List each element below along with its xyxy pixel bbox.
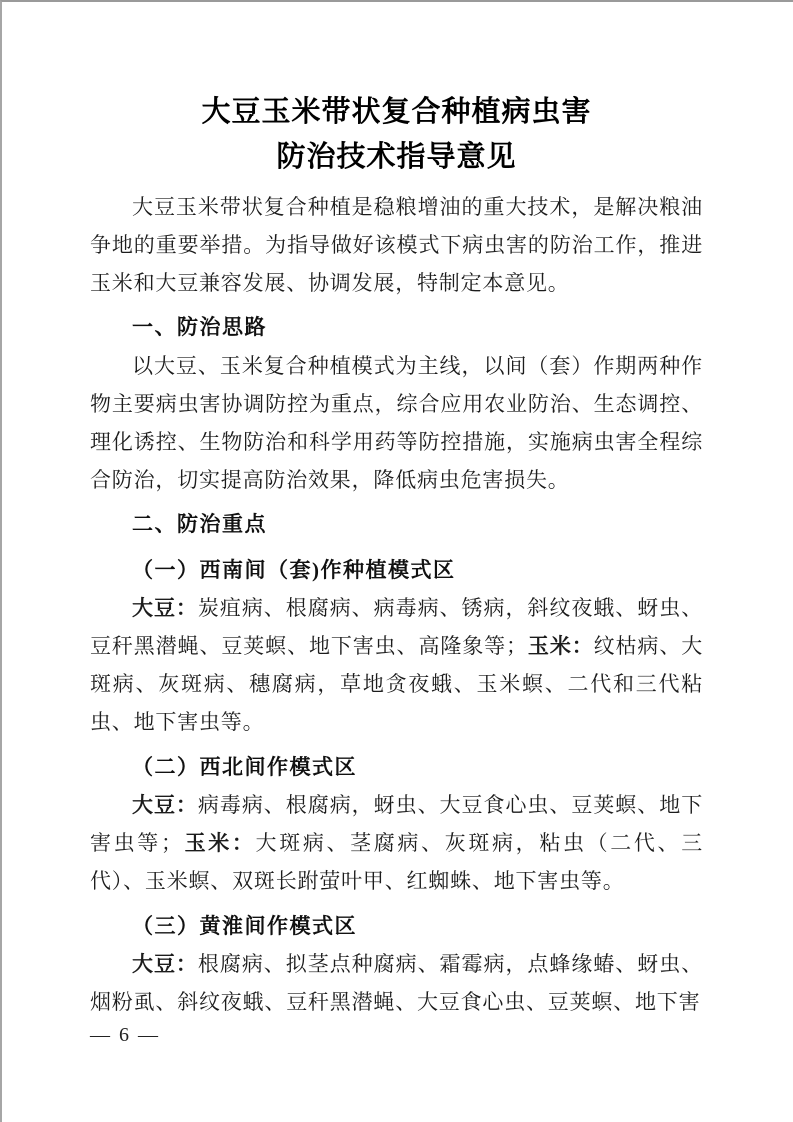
heading-southwest-region: （一）西南间（套)作种植模式区 xyxy=(90,551,703,589)
paragraph-southwest-pests: 大豆：炭疽病、根腐病、病毒病、锈病，斜纹夜蛾、蚜虫、豆秆黑潜蝇、豆荚螟、地下害虫… xyxy=(90,589,703,741)
document-title-line2: 防治技术指导意见 xyxy=(90,135,703,180)
heading-northwest-region: （二）西北间作模式区 xyxy=(90,748,703,786)
paragraph-northwest-pests: 大豆：病毒病、根腐病，蚜虫、大豆食心虫、豆荚螟、地下害虫等；玉米：大斑病、茎腐病… xyxy=(90,786,703,900)
crop-label-corn: 玉米： xyxy=(528,634,594,658)
page-number: — 6 — xyxy=(90,1024,160,1047)
document-content: 大豆玉米带状复合种植病虫害 防治技术指导意见 大豆玉米带状复合种植是稳粮增油的重… xyxy=(90,90,703,1021)
paragraph-intro: 大豆玉米带状复合种植是稳粮增油的重大技术，是解决粮油争地的重要举措。为指导做好该… xyxy=(90,188,703,302)
crop-label-soybean: 大豆： xyxy=(132,596,198,620)
crop-label-soybean: 大豆： xyxy=(132,952,198,976)
heading-strategy: 一、防治思路 xyxy=(90,309,703,347)
heading-key-points: 二、防治重点 xyxy=(90,506,703,544)
crop-label-corn: 玉米： xyxy=(183,831,256,855)
document-page: 大豆玉米带状复合种植病虫害 防治技术指导意见 大豆玉米带状复合种植是稳粮增油的重… xyxy=(0,0,793,1122)
paragraph-strategy: 以大豆、玉米复合种植模式为主线，以间（套）作期两种作物主要病虫害协调防控为重点，… xyxy=(90,347,703,499)
paragraph-huanghuai-pests: 大豆：根腐病、拟茎点种腐病、霜霉病，点蜂缘蝽、蚜虫、烟粉虱、斜纹夜蛾、豆秆黑潜蝇… xyxy=(90,945,703,1021)
crop-label-soybean: 大豆： xyxy=(132,793,198,817)
heading-huanghuai-region: （三）黄淮间作模式区 xyxy=(90,907,703,945)
document-title-line1: 大豆玉米带状复合种植病虫害 xyxy=(90,90,703,135)
document-title: 大豆玉米带状复合种植病虫害 防治技术指导意见 xyxy=(90,90,703,180)
